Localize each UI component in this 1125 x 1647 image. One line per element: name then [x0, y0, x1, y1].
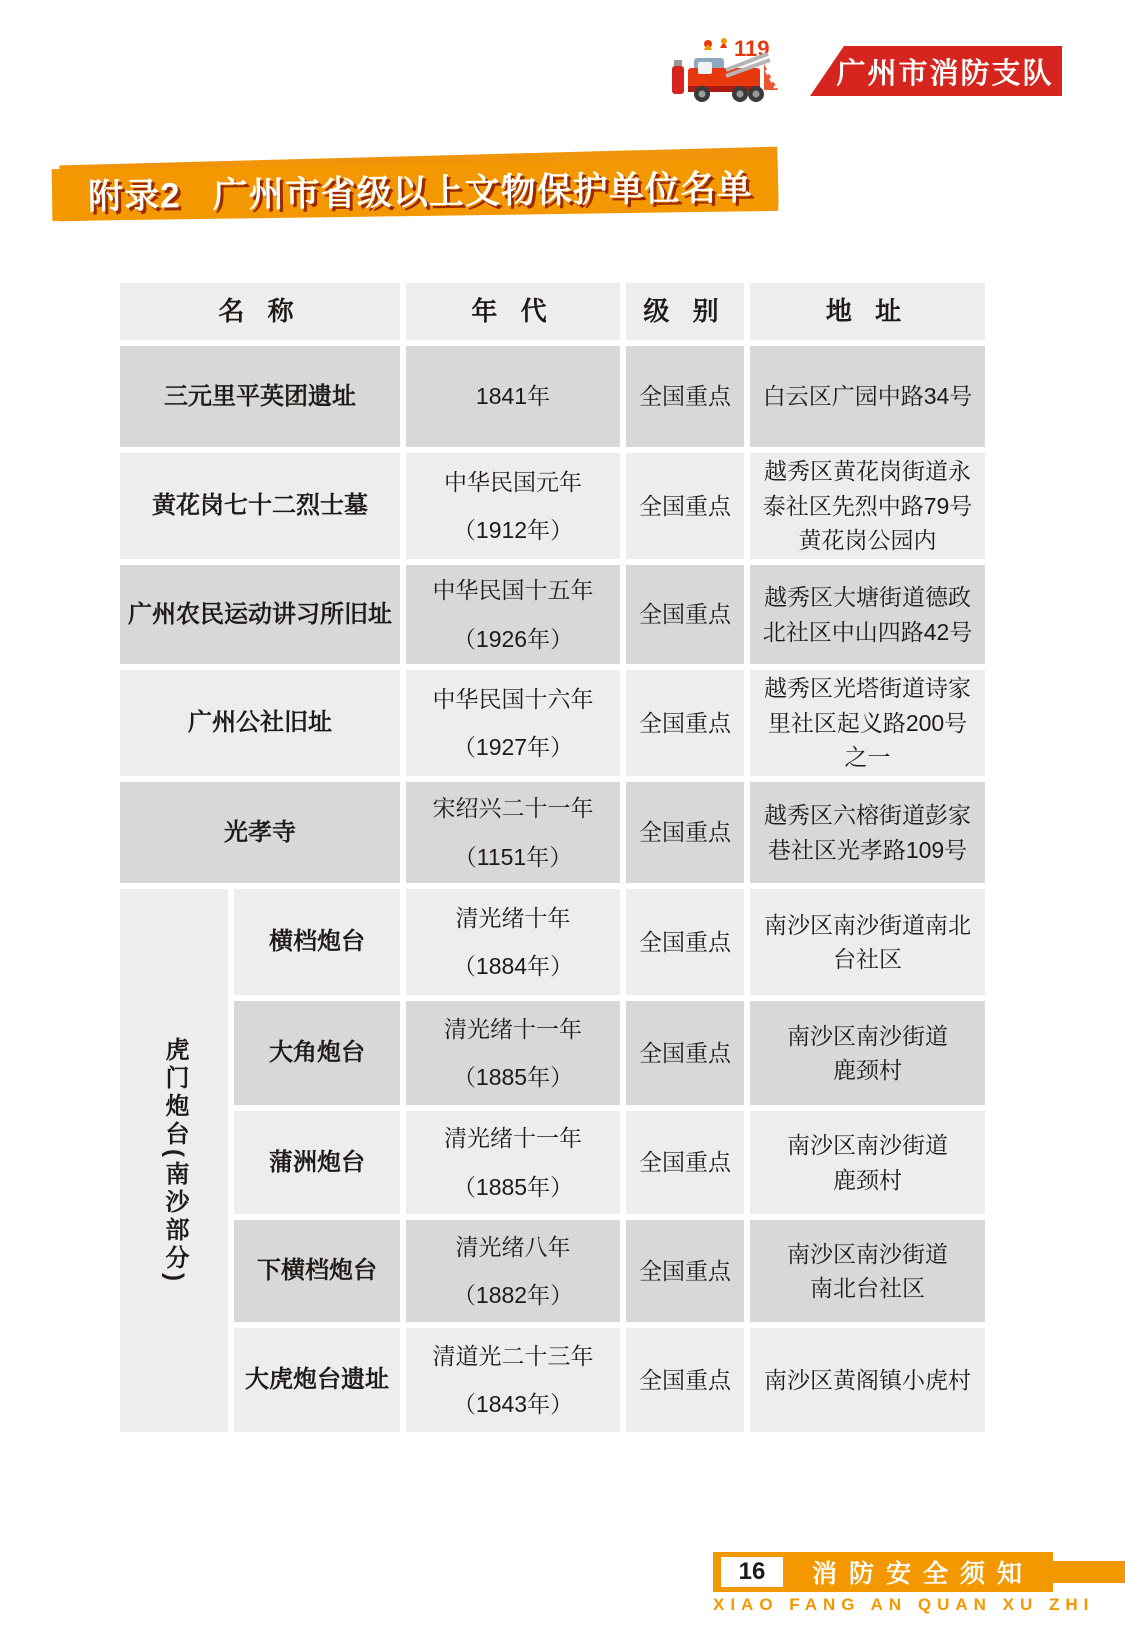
row-level: 全国重点: [626, 1111, 744, 1214]
footer-subtitle: XIAO FANG AN QUAN XU ZHI: [713, 1595, 1068, 1615]
row-level: 全国重点: [626, 1001, 744, 1105]
row-address: 白云区广园中路34号: [750, 346, 985, 447]
row-name: 广州公社旧址: [120, 670, 400, 776]
footer-bar-extension: [1050, 1561, 1125, 1583]
relics-table: 名 称 年 代 级 别 地 址 三元里平英团遗址 1841年 全国重点 白云区广…: [120, 283, 985, 1432]
footer-title: 消防安全须知: [783, 1554, 1053, 1590]
page-number: 16: [739, 1558, 766, 1586]
row-name: 横档炮台: [234, 889, 400, 995]
row-level: 全国重点: [626, 453, 744, 559]
row-era: 中华民国元年 （1912年）: [406, 453, 620, 559]
row-level: 全国重点: [626, 670, 744, 776]
column-header-name: 名 称: [120, 283, 400, 340]
row-name: 大虎炮台遗址: [234, 1328, 400, 1432]
footer-bar: 16 消防安全须知: [713, 1552, 1053, 1592]
row-address: 南沙区黄阁镇小虎村: [750, 1328, 985, 1432]
row-address: 南沙区南沙街道南北 台社区: [750, 889, 985, 995]
group-label-humen-fort: 虎门炮台(南沙部分): [120, 889, 228, 1432]
row-era: 中华民国十六年 （1927年）: [406, 670, 620, 776]
column-header-level: 级 别: [626, 283, 744, 340]
row-address: 越秀区六榕街道彭家 巷社区光孝路109号: [750, 782, 985, 883]
row-level: 全国重点: [626, 1328, 744, 1432]
row-address: 越秀区黄花岗街道永 泰社区先烈中路79号 黄花岗公园内: [750, 453, 985, 559]
title-banner: 附录2 广州市省级以上文物保护单位名单: [52, 158, 778, 222]
row-level: 全国重点: [626, 782, 744, 883]
row-name: 大角炮台: [234, 1001, 400, 1105]
row-level: 全国重点: [626, 1220, 744, 1322]
row-name: 下横档炮台: [234, 1220, 400, 1322]
row-address: 越秀区光塔街道诗家 里社区起义路200号 之一: [750, 670, 985, 776]
column-header-address: 地 址: [750, 283, 985, 340]
row-name: 广州农民运动讲习所旧址: [120, 565, 400, 664]
column-header-era: 年 代: [406, 283, 620, 340]
row-address: 南沙区南沙街道 鹿颈村: [750, 1001, 985, 1105]
row-era: 中华民国十五年 （1926年）: [406, 565, 620, 664]
row-level: 全国重点: [626, 346, 744, 447]
brand-title: 广州市消防支队: [818, 51, 1053, 92]
row-name: 光孝寺: [120, 782, 400, 883]
row-era: 清光绪十一年 （1885年）: [406, 1111, 620, 1214]
row-address: 南沙区南沙街道 鹿颈村: [750, 1111, 985, 1214]
row-name: 蒲洲炮台: [234, 1111, 400, 1214]
row-address: 南沙区南沙街道 南北台社区: [750, 1220, 985, 1322]
row-name: 三元里平英团遗址: [120, 346, 400, 447]
row-era: 1841年: [406, 346, 620, 447]
row-name: 黄花岗七十二烈士墓: [120, 453, 400, 559]
page-number-box: 16: [721, 1557, 783, 1587]
fire-truck-119-icon: 119: [668, 36, 804, 104]
row-era: 清光绪十年 （1884年）: [406, 889, 620, 995]
brand-banner: 广州市消防支队: [810, 46, 1062, 96]
row-era: 清光绪八年 （1882年）: [406, 1220, 620, 1322]
row-level: 全国重点: [626, 889, 744, 995]
page-title: 附录2 广州市省级以上文物保护单位名单: [88, 160, 753, 219]
row-era: 清道光二十三年 （1843年）: [406, 1328, 620, 1432]
row-level: 全国重点: [626, 565, 744, 664]
row-era: 宋绍兴二十一年 （1151年）: [406, 782, 620, 883]
row-address: 越秀区大塘街道德政 北社区中山四路42号: [750, 565, 985, 664]
row-era: 清光绪十一年 （1885年）: [406, 1001, 620, 1105]
title-banner-front: 附录2 广州市省级以上文物保护单位名单: [52, 159, 779, 221]
